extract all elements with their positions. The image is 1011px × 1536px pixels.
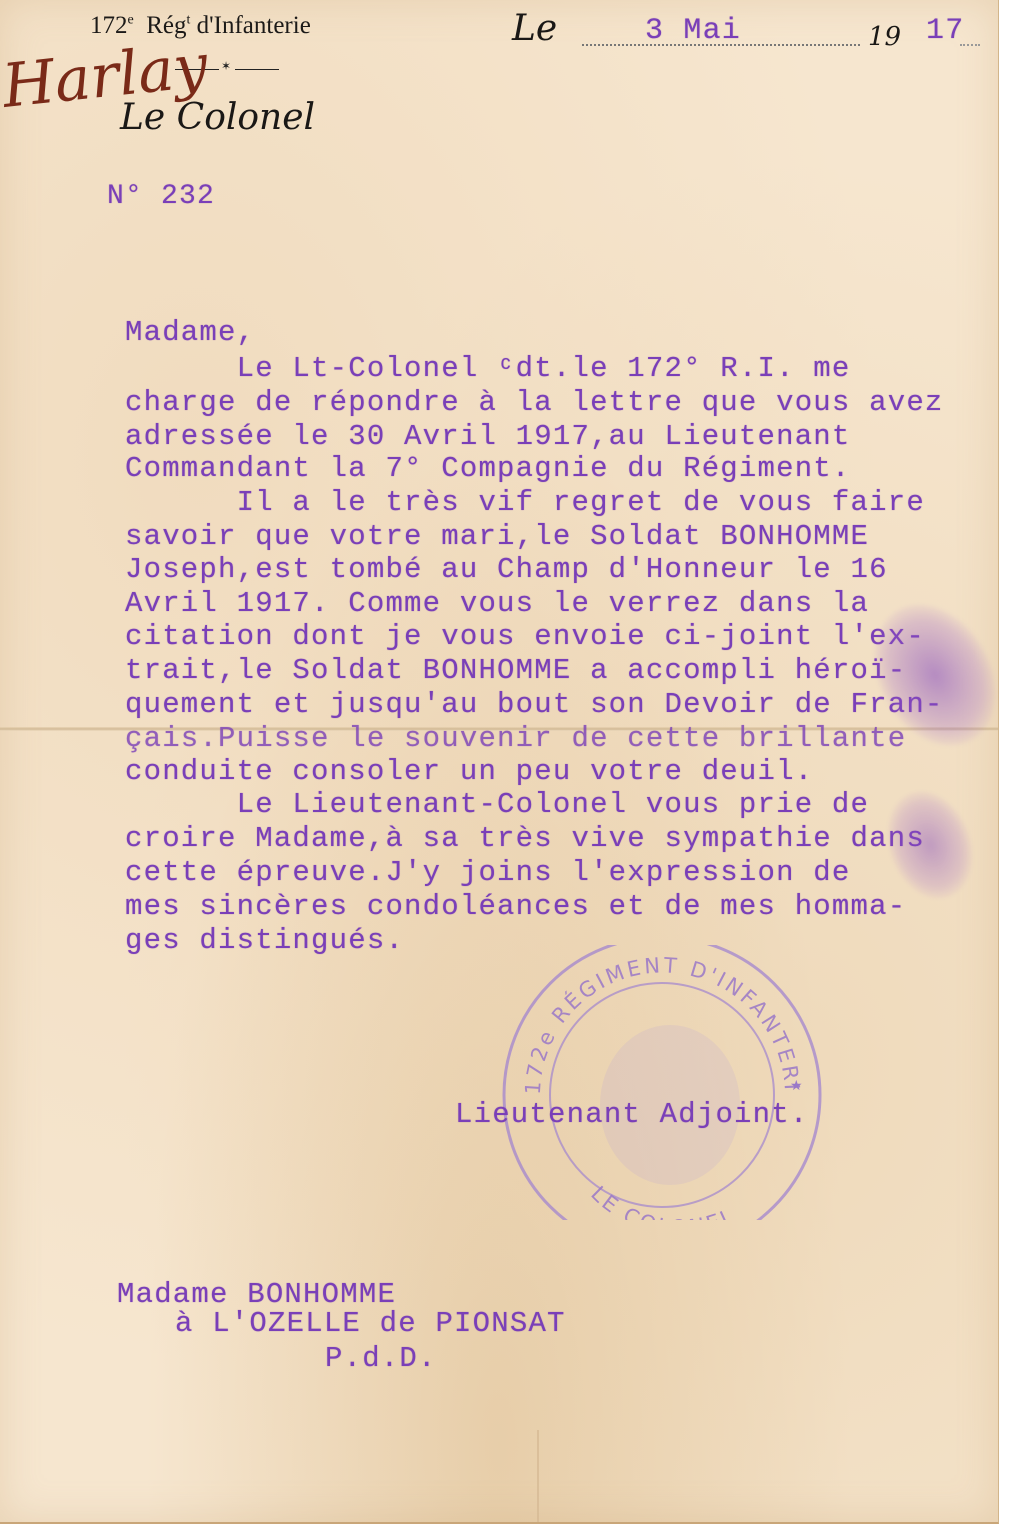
body-line: mes sincères condoléances et de mes homm… — [125, 890, 906, 923]
letter-paper: 172e Régt d'Infanterie ✶ Le Colonel Le 3… — [0, 0, 999, 1524]
body-line: trait,le Soldat BONHOMME a accompli héro… — [125, 654, 906, 687]
regiment-number: 172 — [90, 12, 128, 39]
body-line: croire Madame,à sa très vive sympathie d… — [125, 822, 925, 855]
body-line: Joseph,est tombé au Champ d'Honneur le 1… — [125, 553, 888, 586]
stamp-bottom-text: LE COLONEL — [586, 1181, 739, 1220]
recipient-address: à L'OZELLE de PIONSAT — [175, 1307, 566, 1340]
body-line: Le Lieutenant-Colonel vous prie de — [125, 788, 869, 821]
body-line: Commandant la 7° Compagnie du Régiment. — [125, 452, 851, 485]
regiment-stamp: 172e RÉGIMENT D'INFANTERIE LE COLONEL ★ — [500, 945, 825, 1220]
body-line: Avril 1917. Comme vous le verrez dans la — [125, 587, 869, 620]
star-icon: ★ — [790, 1079, 803, 1094]
reference-number: N° 232 — [107, 181, 215, 212]
body-line: quement et jusqu'au bout son Devoir de F… — [125, 688, 944, 721]
body-line: Le Lt-Colonel ᶜdt.le 172° R.I. me — [125, 352, 851, 385]
paper-tear — [537, 1430, 539, 1522]
body-line: citation dont je vous envoie ci-joint l'… — [125, 620, 925, 653]
recipient-department: P.d.D. — [325, 1342, 437, 1375]
regiment-superscript: e — [128, 13, 134, 28]
body-line: ges distingués. — [125, 924, 404, 957]
svg-text:LE COLONEL: LE COLONEL — [586, 1181, 739, 1220]
body-line: Il a le très vif regret de vous faire — [125, 486, 925, 519]
salutation: Madame, — [125, 316, 255, 349]
body-line: çais.Puisse le souvenir de cette brillan… — [125, 722, 906, 755]
signature-title: Lieutenant Adjoint. — [455, 1098, 808, 1131]
body-line: adressée le 30 Avril 1917,au Lieutenant — [125, 420, 851, 453]
body-line: charge de répondre à la lettre que vous … — [125, 386, 944, 419]
body-line: cette épreuve.J'y joins l'expression de — [125, 856, 851, 889]
body-line: savoir que votre mari,le Soldat BONHOMME — [125, 520, 869, 553]
body-line: conduite consoler un peu votre deuil. — [125, 755, 813, 788]
